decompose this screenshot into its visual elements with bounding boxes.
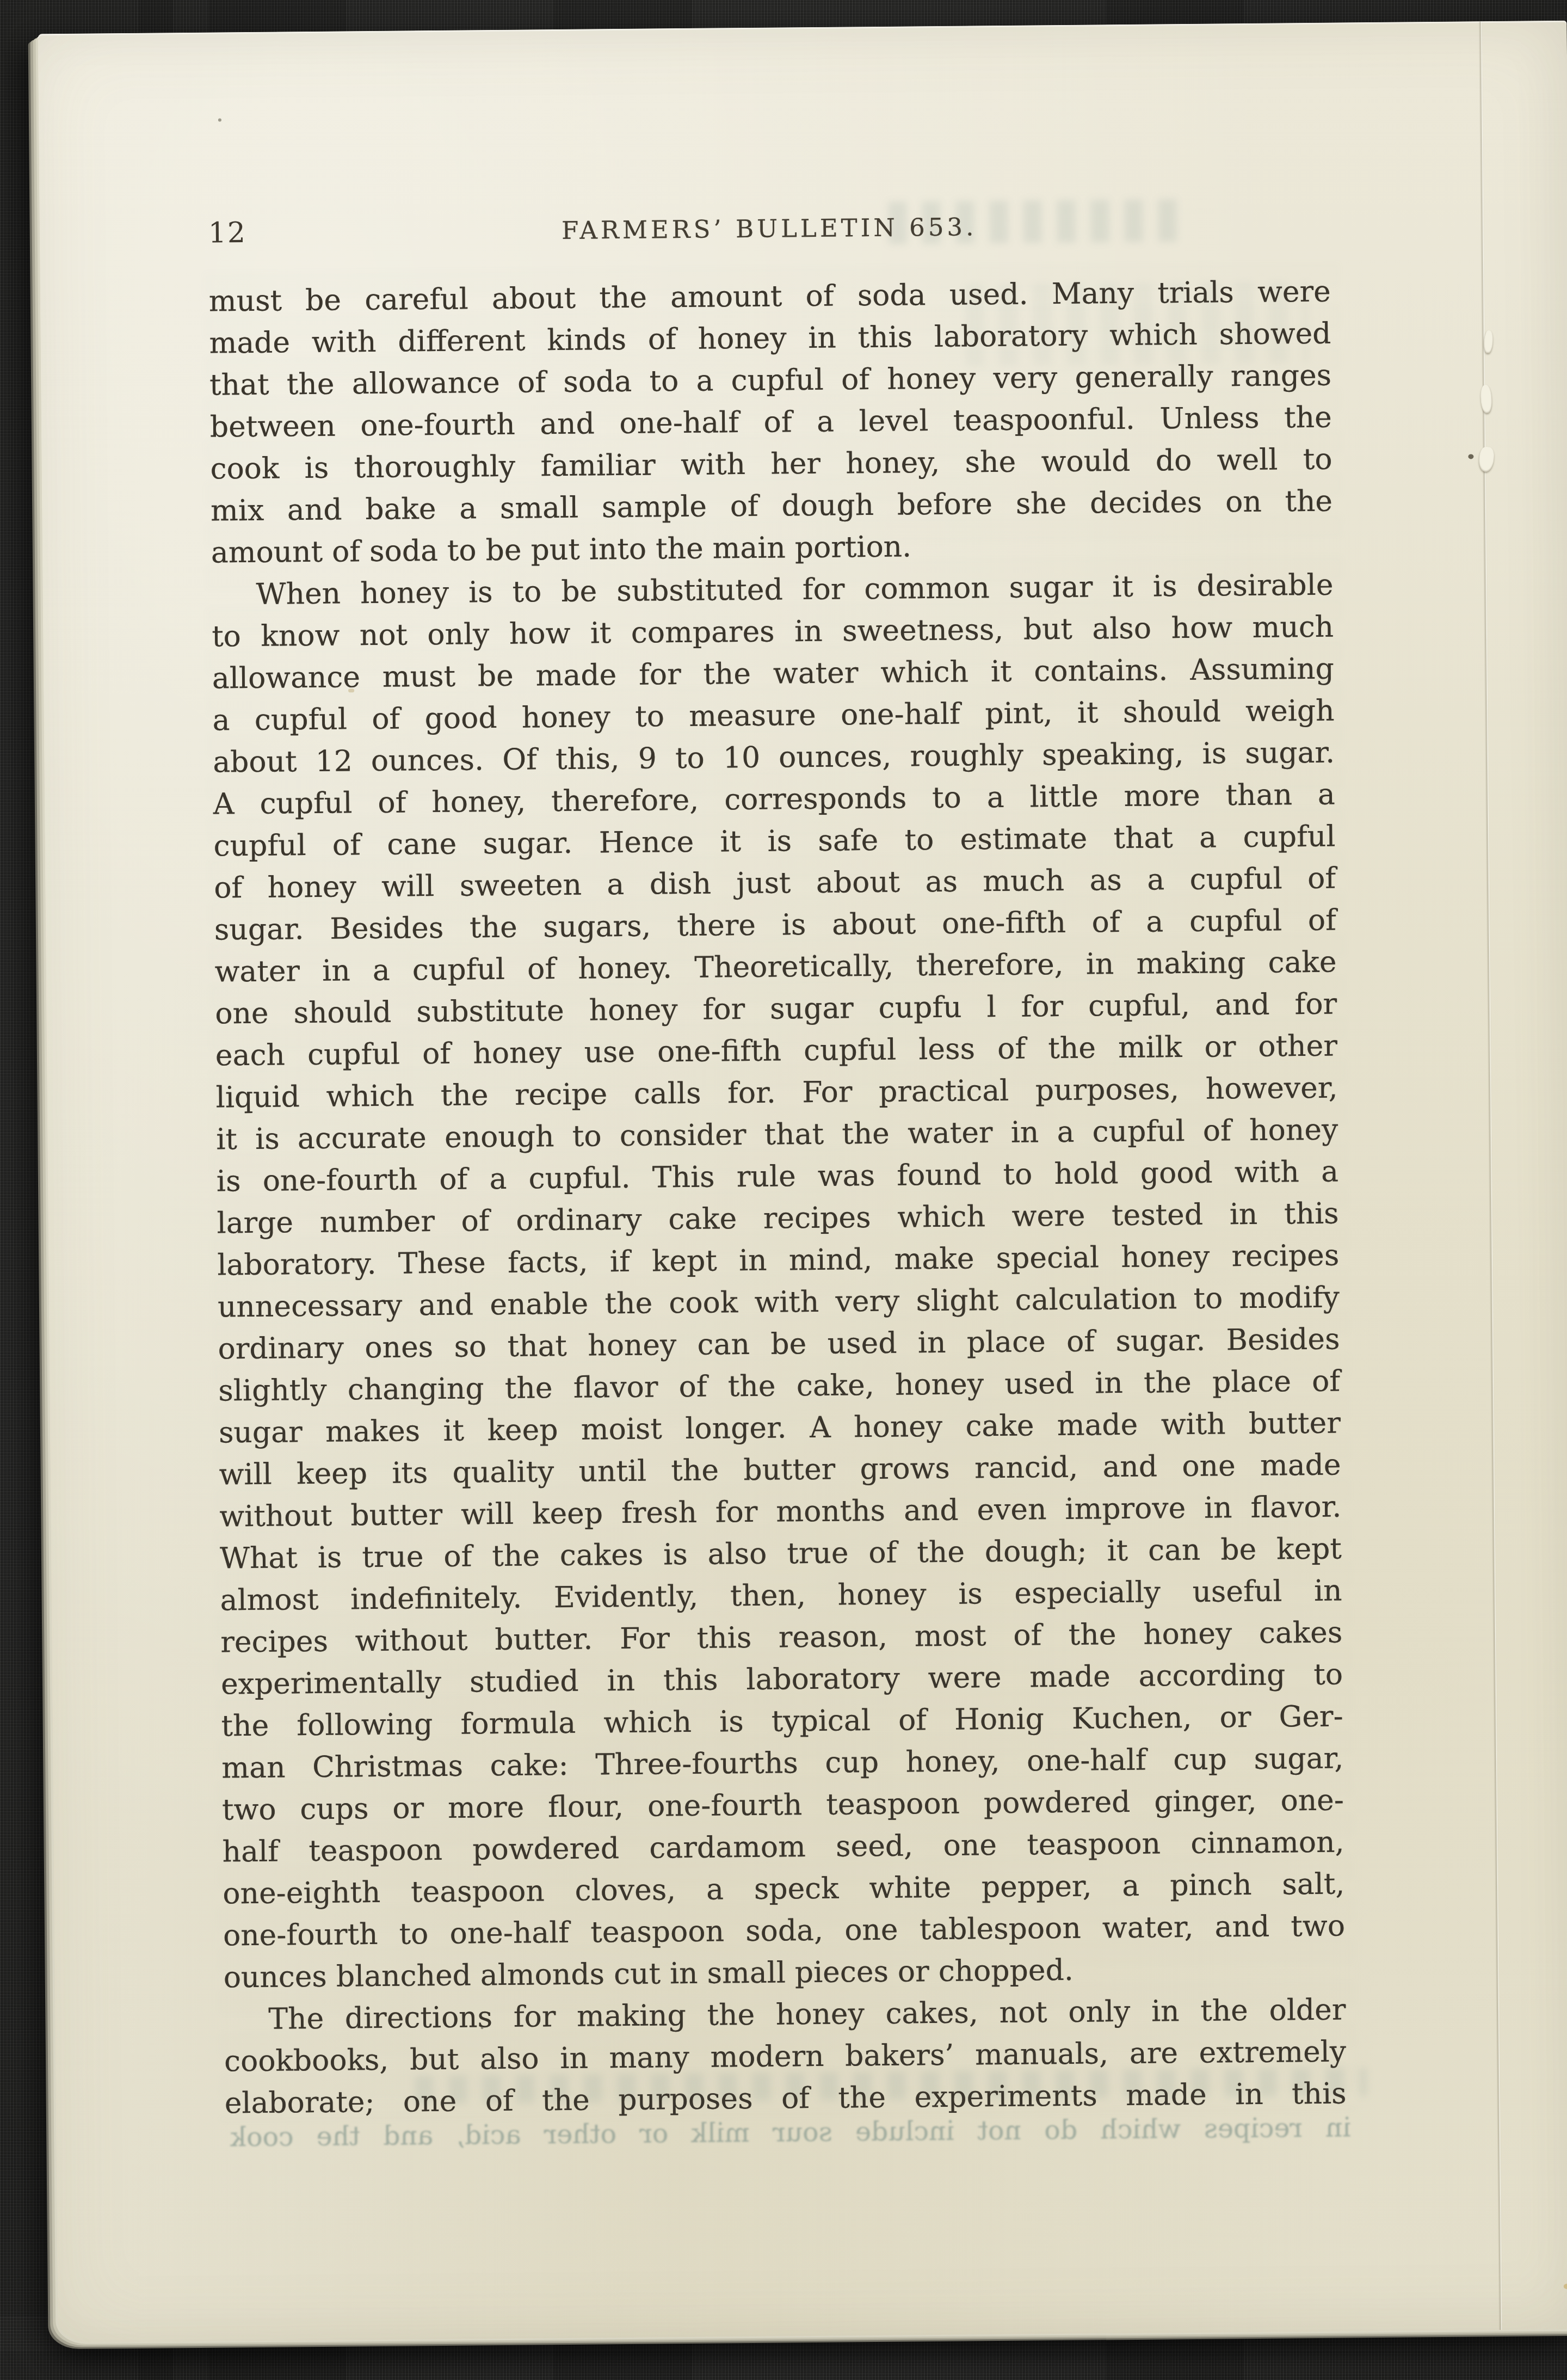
scanned-book-photo: 12 FARMERS’ BULLETIN 653. must be carefu…: [0, 0, 1567, 2380]
paper-speck: [218, 118, 221, 121]
paper-chip: [1478, 446, 1495, 472]
book-page: 12 FARMERS’ BULLETIN 653. must be carefu…: [38, 21, 1567, 2342]
running-title: FARMERS’ BULLETIN 653.: [208, 210, 1330, 248]
page-crease: [1478, 21, 1502, 2330]
paper-speck: [1564, 2284, 1567, 2289]
paper-chip: [1483, 330, 1494, 354]
paper-speck: [481, 2026, 484, 2029]
paper-speck: [348, 688, 354, 692]
body-text: must be careful about the amount of soda…: [209, 270, 1347, 2124]
paper-chip: [1480, 385, 1492, 414]
page-header: 12 FARMERS’ BULLETIN 653.: [208, 205, 1330, 264]
paper-speck: [1468, 454, 1473, 459]
